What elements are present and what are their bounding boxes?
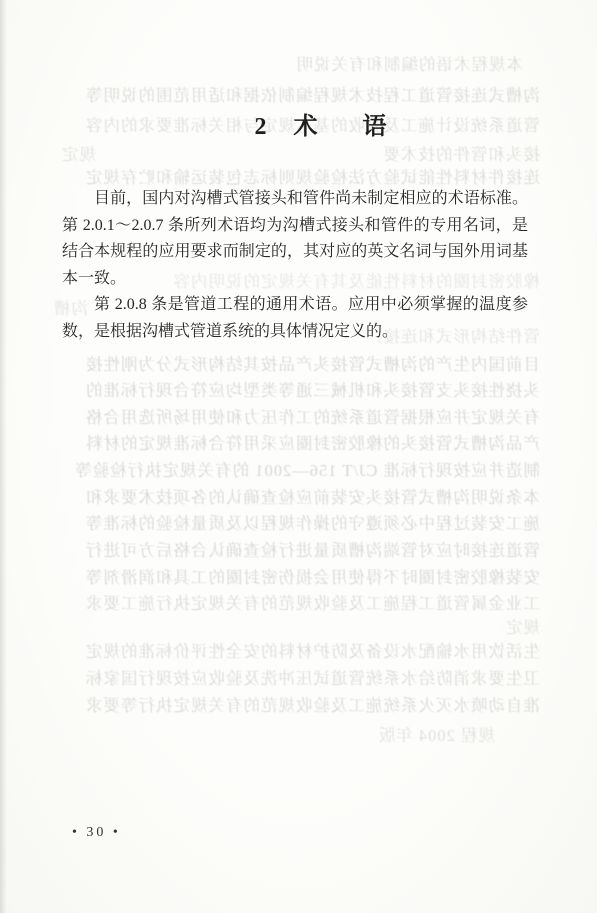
paragraph-1: 目前，国内对沟槽式管接头和管件尚未制定相应的术语标准。第 2.0.1～2.0.7…: [62, 186, 528, 292]
chapter-title-char-2: 语: [363, 106, 387, 141]
page-content: 2 术 语 目前，国内对沟槽式管接头和管件尚未制定相应的术语标准。第 2.0.1…: [0, 0, 597, 913]
scanned-document-page: 本规程术语的编制和有关说明沟槽式连接管道工程技术规程编制依据和适用范围的说明等管…: [0, 0, 597, 913]
paragraph-2: 第 2.0.8 条是管道工程的通用术语。应用中必须掌握的温度参数，是根据沟槽式管…: [62, 292, 528, 345]
chapter-heading: 2 术 语: [22, 106, 597, 141]
chapter-title-char-1: 术: [294, 106, 318, 141]
page-number: • 30 •: [72, 825, 121, 841]
body-text: 目前，国内对沟槽式管接头和管件尚未制定相应的术语标准。第 2.0.1～2.0.7…: [62, 186, 528, 346]
chapter-number: 2: [255, 114, 267, 141]
